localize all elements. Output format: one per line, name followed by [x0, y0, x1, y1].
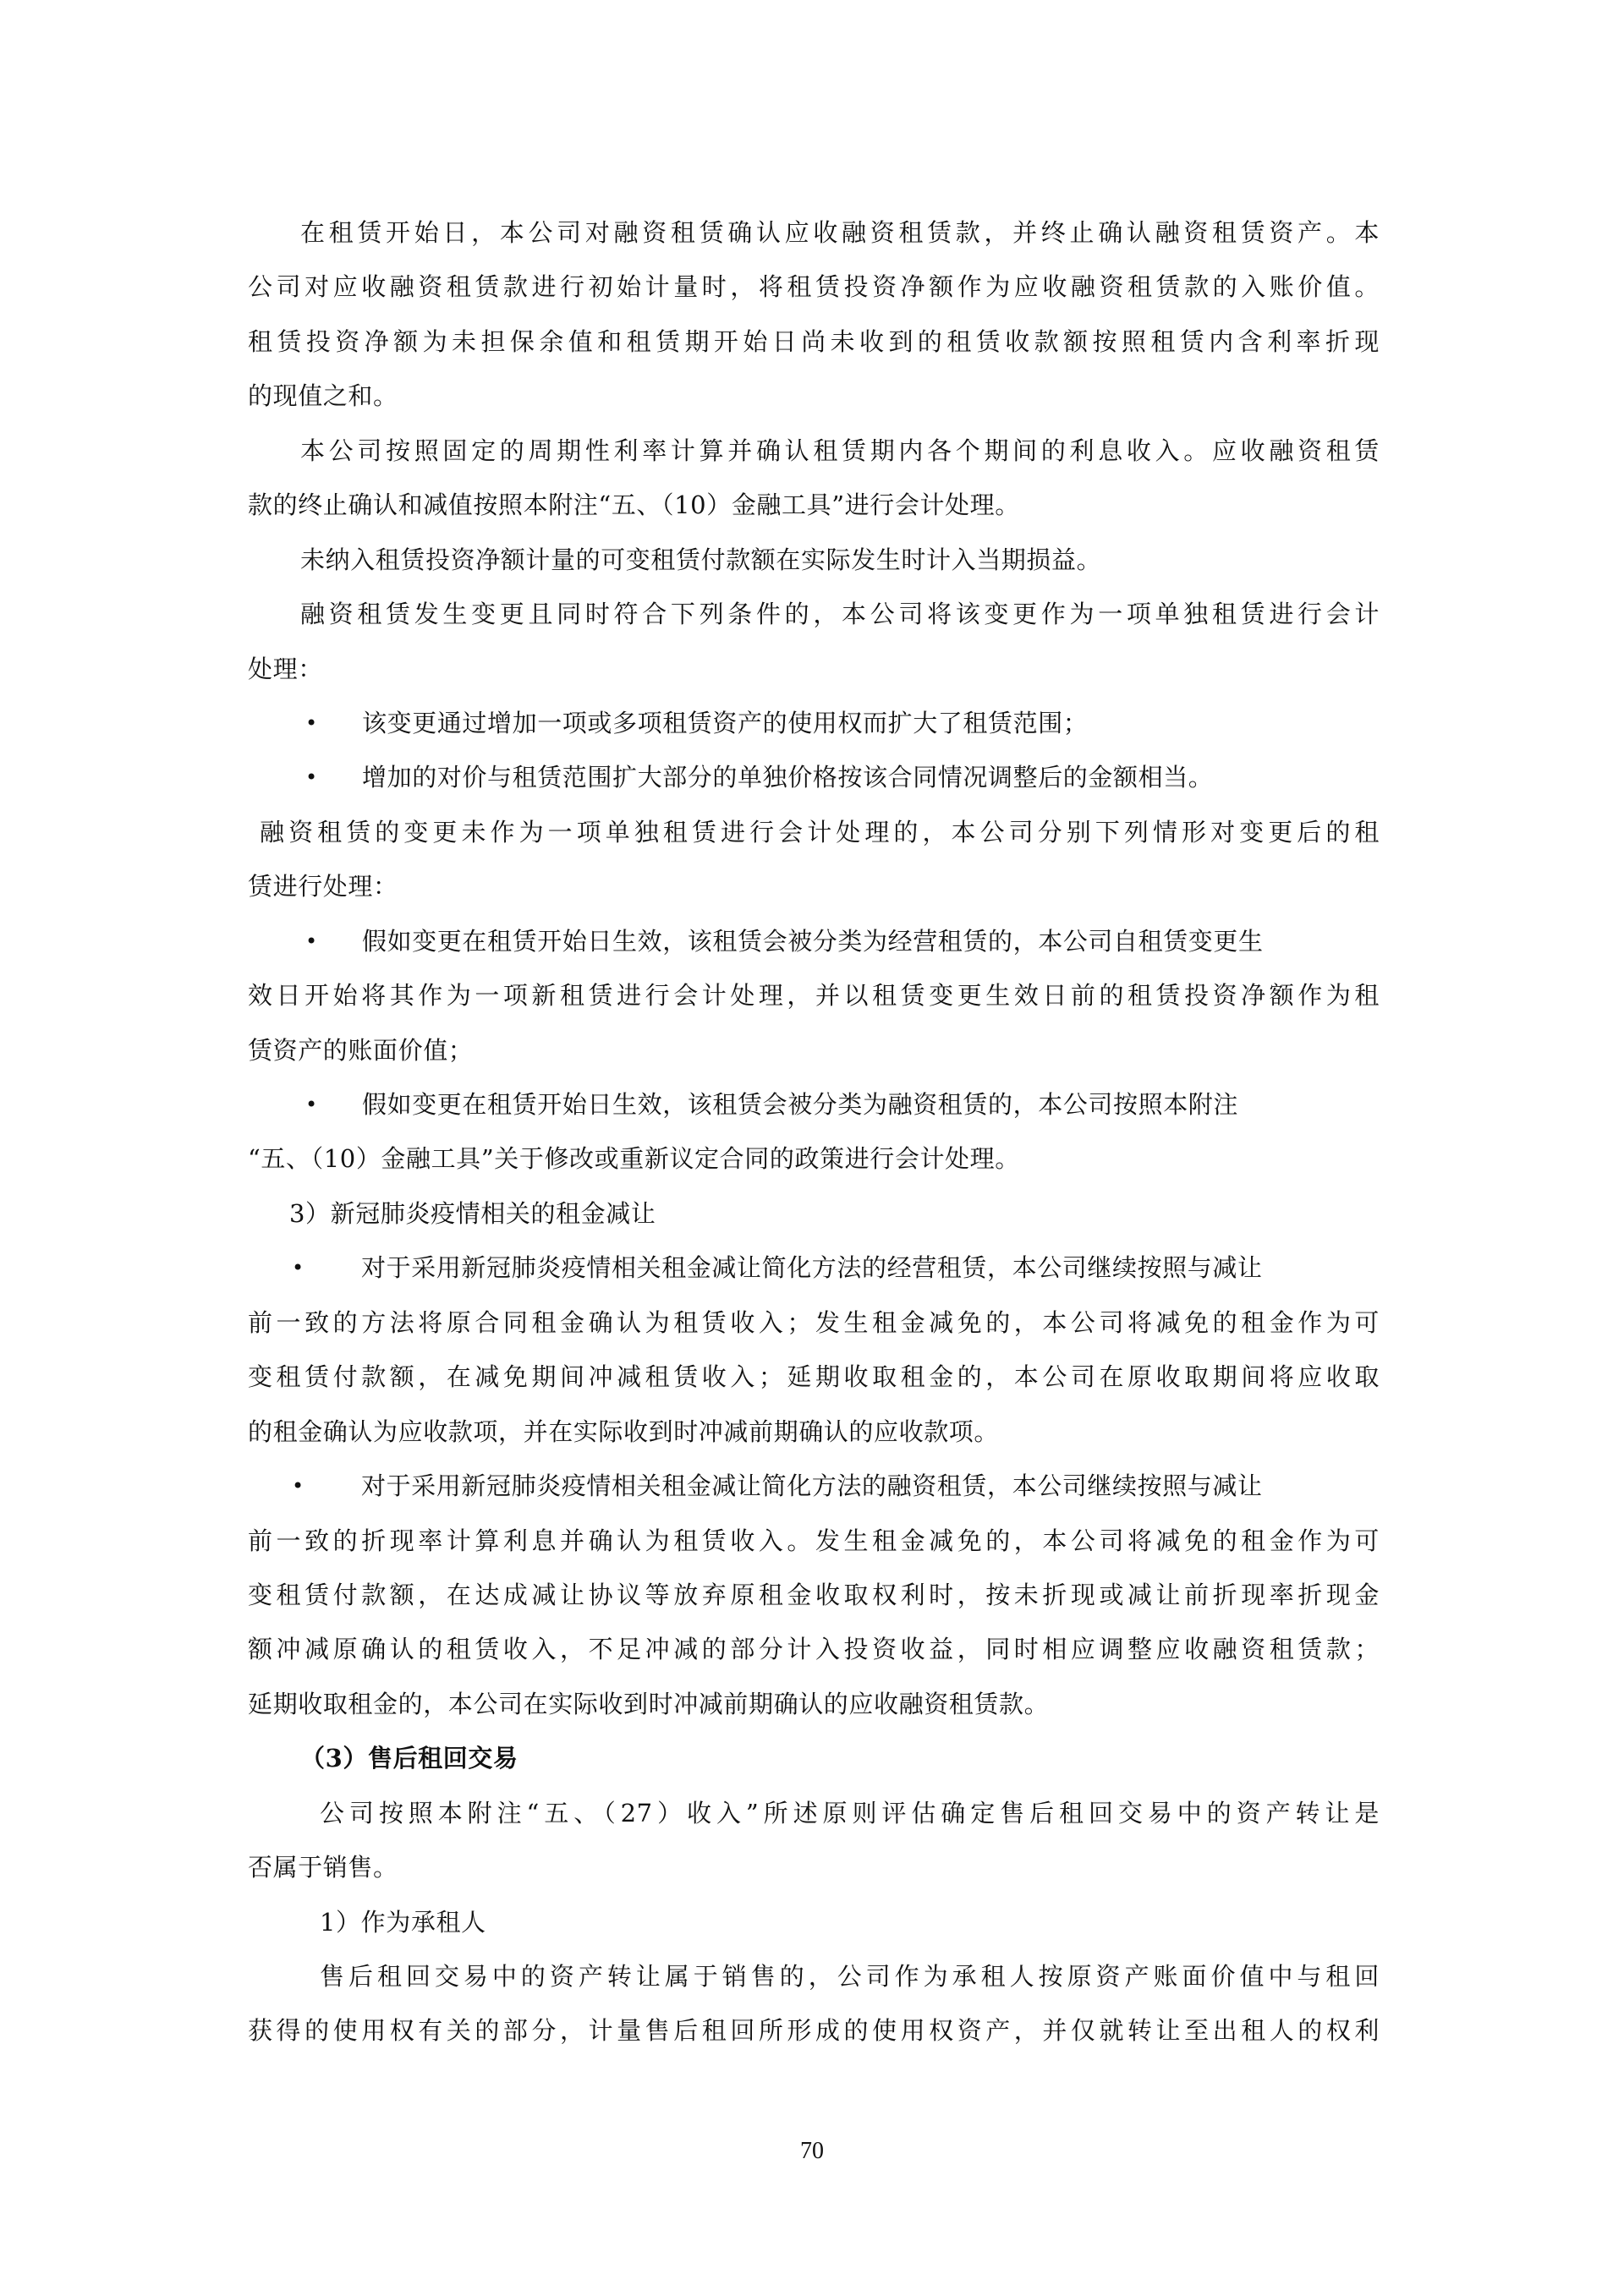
paragraph-line: 处理： [248, 642, 1380, 696]
subsection-heading: 1）作为承租人 [248, 1895, 1380, 1949]
paragraph-line: “五、（10）金融工具”关于修改或重新议定合同的政策进行会计处理。 [248, 1132, 1380, 1186]
paragraph-line: 本公司按照固定的周期性利率计算并确认租赁期内各个期间的利息收入。应收融资租赁 [248, 424, 1380, 478]
paragraph-line: 融资租赁的变更未作为一项单独租赁进行会计处理的，本公司分别下列情形对变更后的租 [248, 805, 1380, 859]
bullet-icon: • [292, 1459, 304, 1513]
paragraph-line: 的租金确认为应收款项，并在实际收到时冲减前期确认的应收款项。 [248, 1405, 1380, 1459]
document-page: 在租赁开始日，本公司对融资租赁确认应收融资租赁款，并终止确认融资租赁资产。本 公… [0, 0, 1624, 2296]
paragraph-line: 款的终止确认和减值按照本附注“五、（10）金融工具”进行会计处理。 [248, 478, 1380, 532]
subsection-heading: 3）新冠肺炎疫情相关的租金减让 [248, 1186, 1380, 1241]
bullet-icon: • [292, 1241, 304, 1295]
paragraph-line: 赁资产的账面价值； [248, 1023, 1380, 1077]
bullet-item: • 对于采用新冠肺炎疫情相关租金减让简化方法的融资租赁，本公司继续按照与减让 [248, 1459, 1380, 1513]
bullet-icon: • [305, 696, 318, 750]
paragraph-line: 变租赁付款额，在减免期间冲减租赁收入；延期收取租金的，本公司在原收取期间将应收取 [248, 1350, 1380, 1404]
paragraph-line: 公司按照本附注“五、（27）收入”所述原则评估确定售后租回交易中的资产转让是 [248, 1786, 1380, 1840]
paragraph-line: 租赁投资净额为未担保余值和租赁期开始日尚未收到的租赁收款额按照租赁内含利率折现 [248, 315, 1380, 369]
paragraph-line: 的现值之和。 [248, 369, 1380, 423]
paragraph-line: 额冲减原确认的租赁收入，不足冲减的部分计入投资收益，同时相应调整应收融资租赁款； [248, 1622, 1380, 1676]
body-text: 在租赁开始日，本公司对融资租赁确认应收融资租赁款，并终止确认融资租赁资产。本 公… [248, 205, 1380, 2058]
bullet-icon: • [305, 750, 318, 804]
bullet-text: 假如变更在租赁开始日生效，该租赁会被分类为经营租赁的，本公司自租赁变更生 [362, 927, 1264, 956]
paragraph-line: 未纳入租赁投资净额计量的可变租赁付款额在实际发生时计入当期损益。 [248, 533, 1380, 587]
bullet-text: 对于采用新冠肺炎疫情相关租金减让简化方法的经营租赁，本公司继续按照与减让 [361, 1253, 1263, 1282]
bullet-item: • 增加的对价与租赁范围扩大部分的单独价格按该合同情况调整后的金额相当。 [248, 750, 1380, 804]
bullet-item: • 该变更通过增加一项或多项租赁资产的使用权而扩大了租赁范围； [248, 696, 1380, 750]
bullet-item: • 假如变更在租赁开始日生效，该租赁会被分类为融资租赁的，本公司按照本附注 [248, 1077, 1380, 1132]
paragraph-line: 融资租赁发生变更且同时符合下列条件的，本公司将该变更作为一项单独租赁进行会计 [248, 587, 1380, 641]
bullet-text: 假如变更在租赁开始日生效，该租赁会被分类为融资租赁的，本公司按照本附注 [362, 1090, 1238, 1119]
bullet-item: • 假如变更在租赁开始日生效，该租赁会被分类为经营租赁的，本公司自租赁变更生 [248, 914, 1380, 968]
paragraph-line: 延期收取租金的，本公司在实际收到时冲减前期确认的应收融资租赁款。 [248, 1677, 1380, 1731]
bullet-icon: • [305, 1077, 318, 1132]
paragraph-line: 公司对应收融资租赁款进行初始计量时，将租赁投资净额作为应收融资租赁款的入账价值。 [248, 260, 1380, 314]
paragraph-line: 前一致的方法将原合同租金确认为租赁收入；发生租金减免的，本公司将减免的租金作为可 [248, 1296, 1380, 1350]
paragraph-line: 赁进行处理： [248, 859, 1380, 913]
paragraph-line: 前一致的折现率计算利息并确认为租赁收入。发生租金减免的，本公司将减免的租金作为可 [248, 1514, 1380, 1568]
section-heading: （3）售后租回交易 [248, 1731, 1380, 1785]
page-number: 70 [0, 2136, 1624, 2167]
paragraph-line: 效日开始将其作为一项新租赁进行会计处理，并以租赁变更生效日前的租赁投资净额作为租 [248, 968, 1380, 1022]
bullet-text: 增加的对价与租赁范围扩大部分的单独价格按该合同情况调整后的金额相当。 [362, 763, 1213, 792]
paragraph-line: 变租赁付款额，在达成减让协议等放弃原租金收取权利时，按未折现或减让前折现率折现金 [248, 1568, 1380, 1622]
paragraph-line: 售后租回交易中的资产转让属于销售的，公司作为承租人按原资产账面价值中与租回 [248, 1949, 1380, 2003]
bullet-text: 该变更通过增加一项或多项租赁资产的使用权而扩大了租赁范围； [362, 709, 1088, 737]
bullet-text: 对于采用新冠肺炎疫情相关租金减让简化方法的融资租赁，本公司继续按照与减让 [361, 1471, 1263, 1500]
paragraph-line: 获得的使用权有关的部分，计量售后租回所形成的使用权资产，并仅就转让至出租人的权利 [248, 2003, 1380, 2058]
paragraph-line: 在租赁开始日，本公司对融资租赁确认应收融资租赁款，并终止确认融资租赁资产。本 [248, 205, 1380, 260]
paragraph-line: 否属于销售。 [248, 1840, 1380, 1894]
bullet-item: • 对于采用新冠肺炎疫情相关租金减让简化方法的经营租赁，本公司继续按照与减让 [248, 1241, 1380, 1295]
bullet-icon: • [305, 914, 318, 968]
